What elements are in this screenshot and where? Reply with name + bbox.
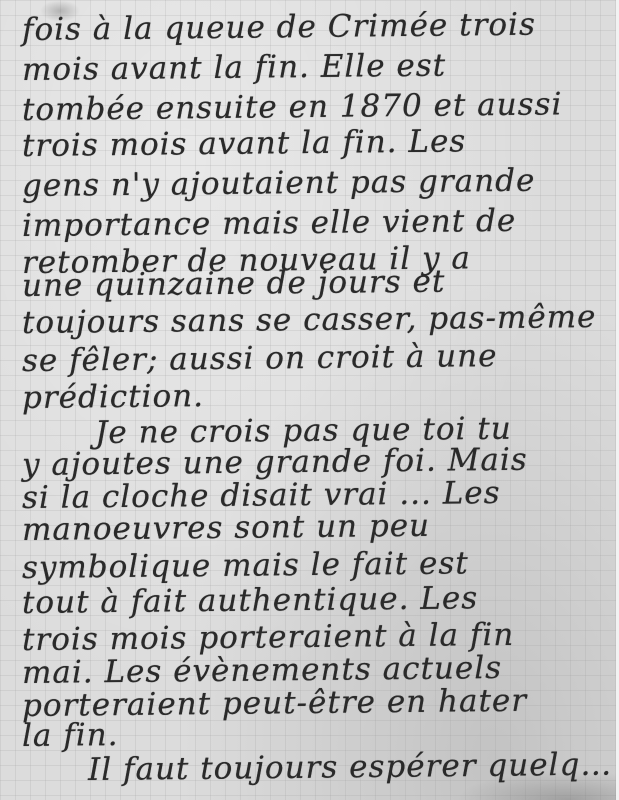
handwritten-line: symbolique mais le fait est <box>22 545 469 586</box>
handwritten-line: trois mois avant la fin. Les <box>22 123 467 164</box>
handwritten-line: tombée ensuite en 1870 et aussi <box>22 86 563 128</box>
handwritten-line: gens n'y ajoutaient pas grande <box>22 163 536 204</box>
letter-page: fois à la queue de Crimée trois mois ava… <box>0 0 619 800</box>
handwritten-line: fois à la queue de Crimée trois <box>22 7 536 48</box>
handwritten-line: importance mais elle vient de <box>22 203 517 244</box>
handwritten-line: manoeuvres sont un peu <box>22 508 430 548</box>
handwritten-line: tout à fait authentique. Les <box>22 580 479 621</box>
handwritten-line: la fin. <box>22 717 119 754</box>
handwritten-line: se fêler; aussi on croit à une <box>22 338 498 379</box>
handwritten-line: mois avant la fin. Elle est <box>22 48 447 88</box>
handwritten-line: toujours sans se casser, pas-même <box>22 299 597 341</box>
handwritten-line: prédiction. <box>22 378 204 416</box>
handwritten-line: Il faut toujours espérer quelq… <box>88 747 613 788</box>
handwritten-line: une quinzaine de jours et <box>22 264 446 304</box>
